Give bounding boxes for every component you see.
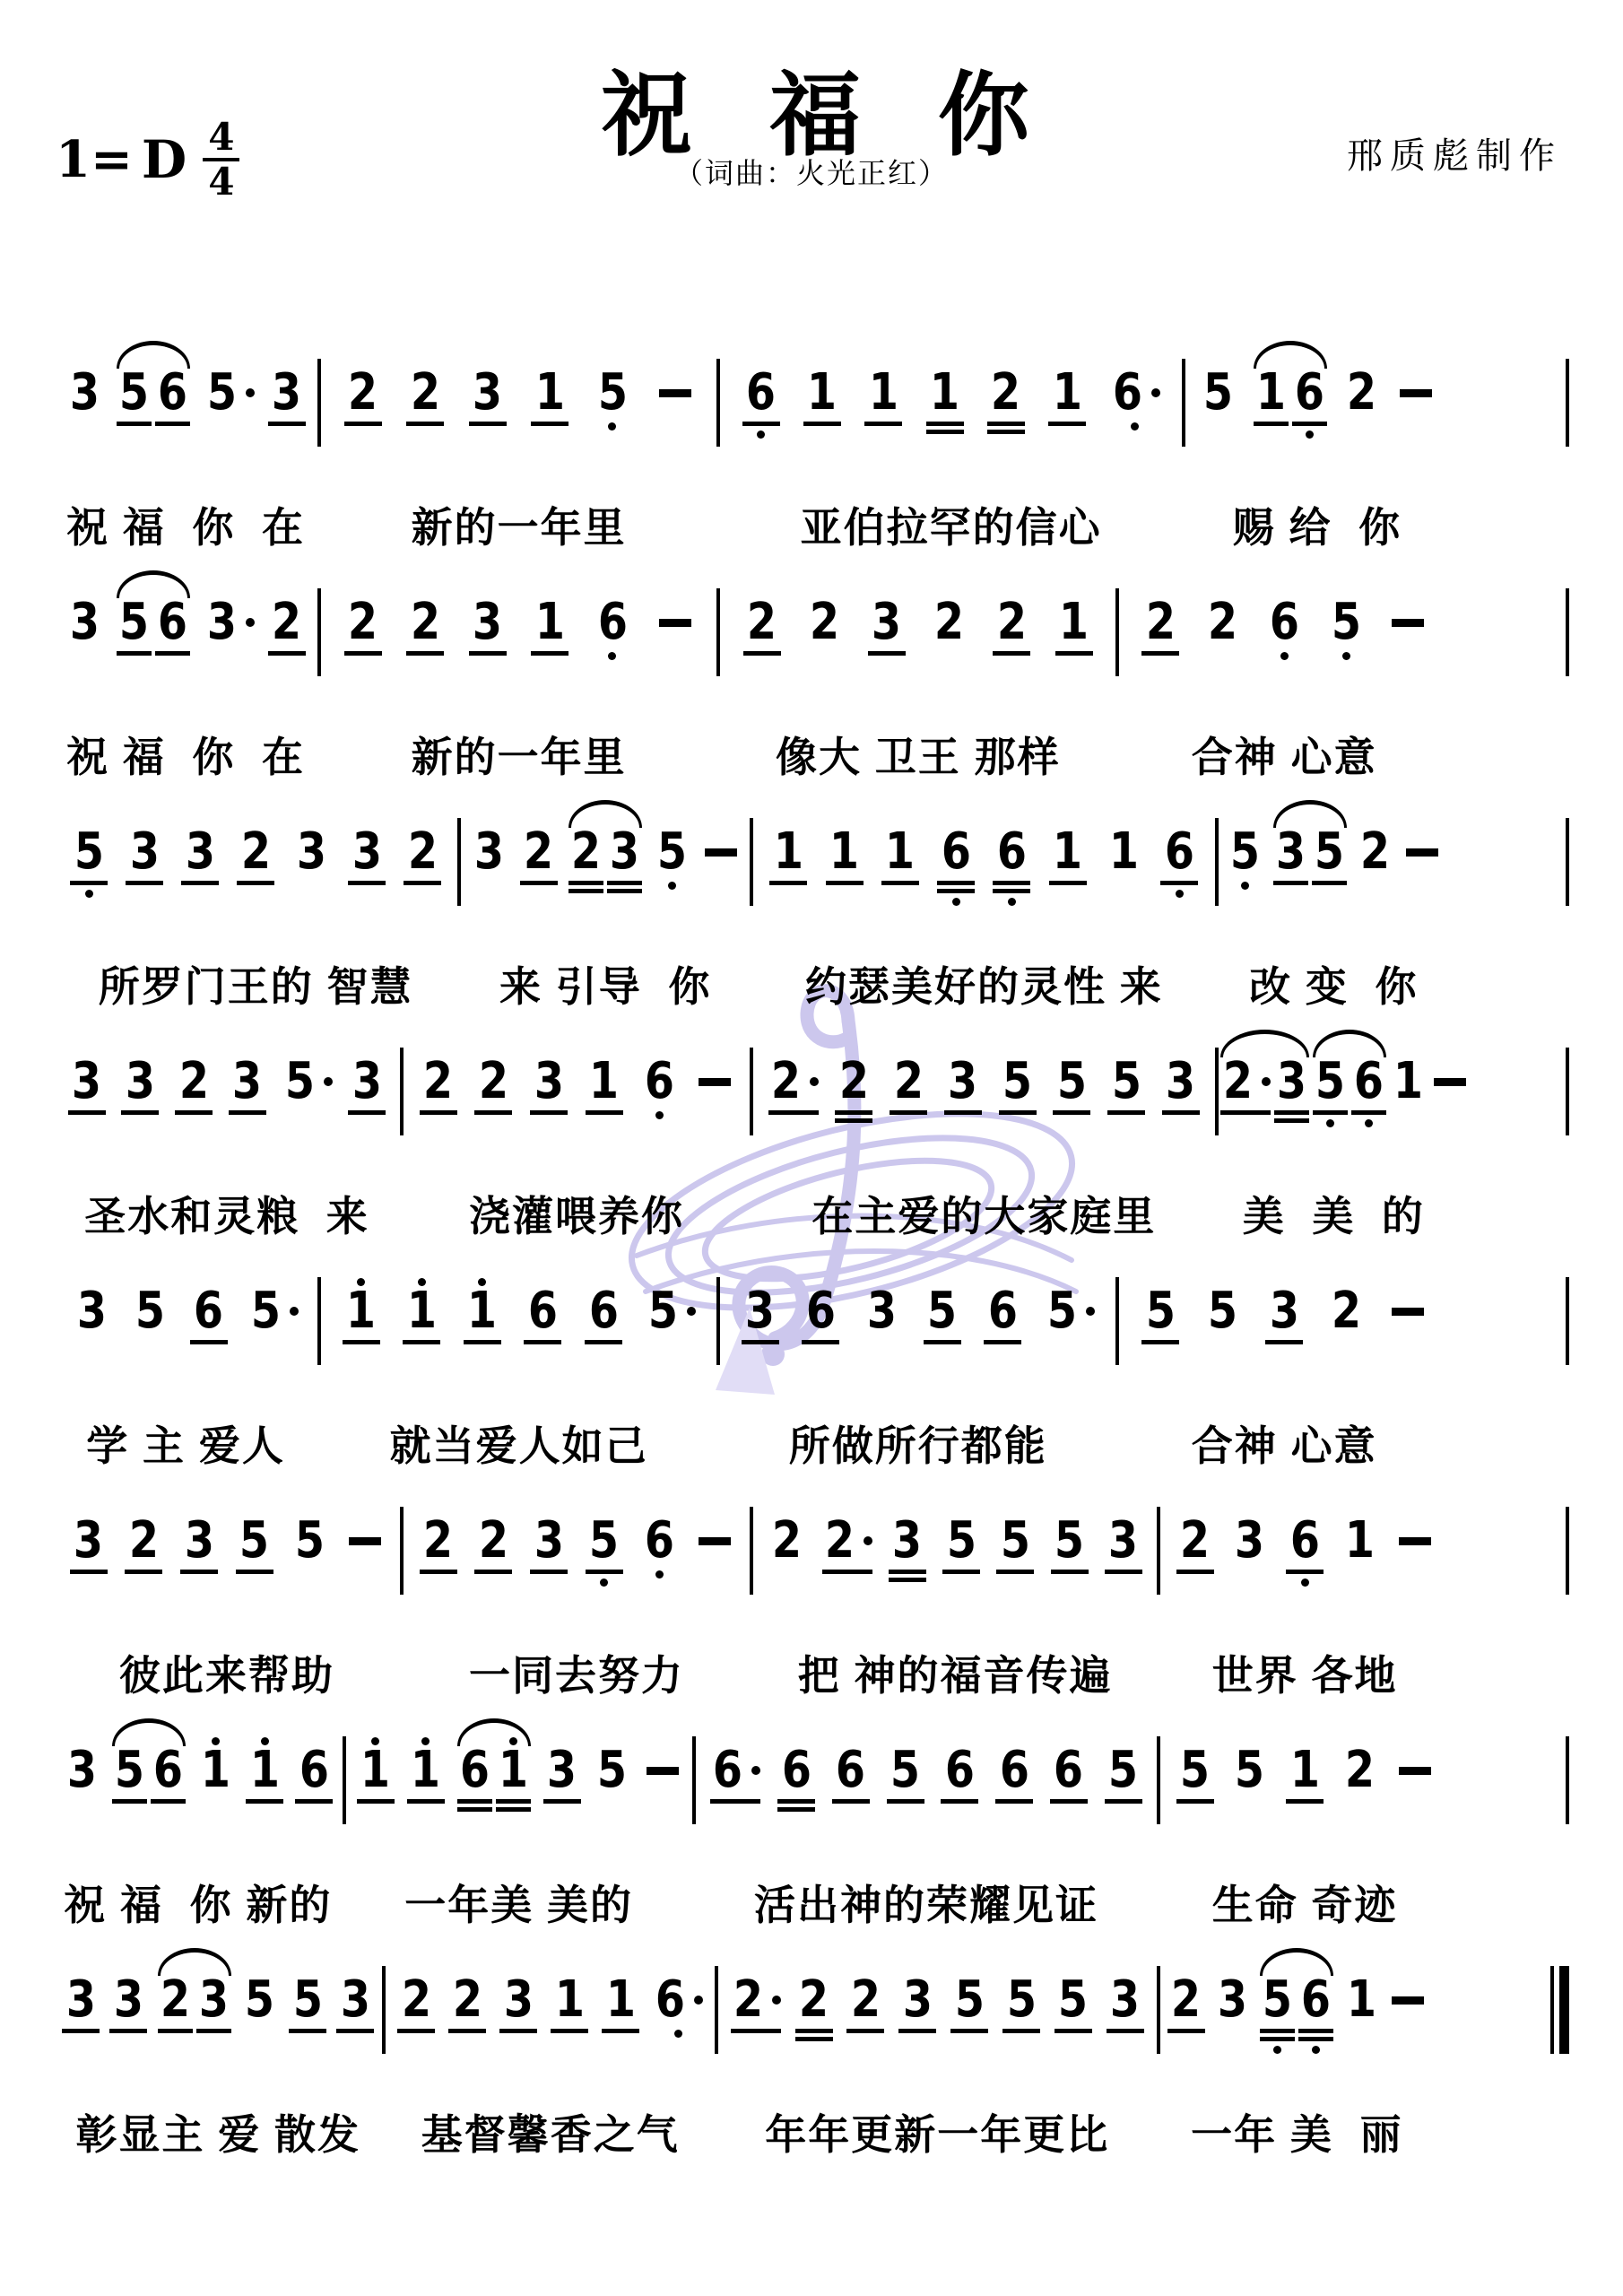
note-digit: 6 xyxy=(597,597,627,648)
note: 2 xyxy=(729,1962,783,2033)
octave-dot xyxy=(674,2030,682,2038)
note: 3 xyxy=(68,1503,109,1574)
digit-row: 3 xyxy=(607,827,642,877)
underline-beam xyxy=(180,1570,218,1574)
barline-spacer xyxy=(1566,1413,1569,1467)
note-digit: 5 xyxy=(1108,1745,1138,1796)
underline-beam xyxy=(944,1110,982,1115)
underline-beam xyxy=(496,1799,531,1804)
digit-row: 2 xyxy=(521,827,556,877)
note-digit: 3 xyxy=(66,1975,96,2025)
lyrics-row: 祝 福 你 在新的一年里亚伯拉罕的信心赐 给 你 xyxy=(54,495,1569,549)
underline-beam xyxy=(568,881,603,885)
note-digit: 6 xyxy=(645,1516,674,1566)
note: 2 xyxy=(1140,585,1181,656)
underline-beam xyxy=(889,1570,926,1574)
note-digit: 1 xyxy=(774,827,803,877)
note-digit: 3 xyxy=(473,368,502,418)
note: 3 xyxy=(64,355,105,418)
digit-row: 3 xyxy=(1232,1516,1267,1566)
slur-group: 16 xyxy=(1252,355,1329,439)
note-digit: 3 xyxy=(610,827,639,877)
note-digit: 3 xyxy=(745,1286,775,1336)
note: 3 xyxy=(528,1503,569,1574)
note: 5 xyxy=(592,1733,633,1796)
underline-beam xyxy=(457,1807,492,1812)
digit-row: 6 xyxy=(1292,368,1327,418)
note: 3 xyxy=(467,585,508,656)
lyric-measure: 把 神的福音传遍 xyxy=(753,1643,1157,1697)
digit-row: 6 xyxy=(191,1286,226,1336)
underline-beam xyxy=(984,1340,1021,1344)
underline-beam xyxy=(1051,1570,1089,1574)
measure: 22235553 xyxy=(753,1044,1215,1123)
note-digit: 6 xyxy=(1112,368,1141,418)
barline-spacer xyxy=(1566,725,1569,778)
digit-row: 3 xyxy=(350,1057,385,1107)
digit-row: 6 xyxy=(743,368,778,418)
note-digit: 1 xyxy=(535,597,565,648)
digit-row: 2 xyxy=(837,1057,872,1107)
underline-beam xyxy=(1260,2029,1295,2033)
octave-dot xyxy=(1273,2046,1281,2054)
barline-spacer xyxy=(1566,1643,1569,1697)
notes-row: 35651116653635655532 xyxy=(54,1238,1569,1413)
lyric-measure: 合神 心意 xyxy=(1119,725,1566,778)
octave-dot xyxy=(655,1570,664,1578)
digit-row: 5 xyxy=(204,368,255,418)
digit-row: 2 xyxy=(1358,827,1393,877)
lyric-measure: 所做所行都能 xyxy=(720,1413,1115,1467)
duration-dash xyxy=(349,1537,381,1545)
note: 6 xyxy=(651,1962,705,2038)
digit-row: 5 xyxy=(998,1516,1033,1566)
note: 3 xyxy=(1271,814,1310,885)
digit-row: 5 xyxy=(1260,1975,1295,2025)
note: 1 xyxy=(462,1274,503,1344)
digit-row: 3 xyxy=(338,1975,373,2025)
note: 3 xyxy=(1211,1962,1253,2025)
augmentation-dot xyxy=(246,618,255,627)
lyric-measure: 来 引导 你 xyxy=(461,954,750,1008)
note-digit: 5 xyxy=(927,1286,957,1336)
final-barline-thin xyxy=(1550,1966,1554,2054)
note-digit: 6 xyxy=(645,1057,674,1107)
digit-row: 2 xyxy=(1342,1745,1377,1796)
duration-dash xyxy=(1392,619,1424,627)
barline xyxy=(1566,588,1569,676)
octave-dot xyxy=(608,422,616,430)
underline-beam xyxy=(1176,1799,1214,1804)
octave-dot xyxy=(668,882,676,890)
digit-row: 5 xyxy=(1205,1286,1240,1336)
measure: 5512 xyxy=(1160,1733,1566,1804)
note: 2 xyxy=(820,1503,874,1574)
underline-beam xyxy=(404,881,441,885)
note-digit: 2 xyxy=(810,597,839,648)
note-digit: 2 xyxy=(479,1057,508,1107)
note-digit: 6 xyxy=(153,1745,183,1796)
note: 5 xyxy=(1106,1044,1147,1115)
note-digit: 6 xyxy=(836,1745,865,1796)
underline-beam xyxy=(742,422,780,426)
note: 3 xyxy=(119,1044,161,1115)
barline xyxy=(1566,1277,1569,1365)
note-digit: 1 xyxy=(1345,1516,1375,1566)
note: 3 xyxy=(542,1733,583,1804)
measure: 32355 xyxy=(54,1503,400,1574)
score-line: 323552235622355532361彼此来帮助一同去努力把 神的福音传遍世… xyxy=(54,1467,1569,1697)
producer-credit: 邢质彪制作 xyxy=(1347,127,1562,178)
note: 3 xyxy=(740,1274,781,1344)
underline-beam xyxy=(1048,422,1086,426)
note-digit: 3 xyxy=(1108,1516,1138,1566)
note-digit: 5 xyxy=(251,1286,281,1336)
digit-row: 5 xyxy=(1313,1057,1348,1107)
augmentation-dot xyxy=(246,388,255,397)
underline-beam xyxy=(1105,1570,1142,1574)
note-digit: 1 xyxy=(1256,368,1286,418)
note-digit: 3 xyxy=(352,1057,382,1107)
note: 3 xyxy=(1160,1044,1202,1115)
note-digit: 3 xyxy=(504,1975,534,2025)
note: 5 xyxy=(290,1503,331,1566)
note: 2 xyxy=(803,585,845,648)
note: 5 xyxy=(584,1503,625,1587)
digit-row: 3 xyxy=(1106,1516,1141,1566)
digit-row: 6 xyxy=(297,1745,332,1796)
digit-row: 5 xyxy=(586,1516,621,1566)
note-digit: 1 xyxy=(555,1975,585,2025)
note-digit: 5 xyxy=(1235,1745,1264,1796)
underline-beam xyxy=(1286,1570,1324,1574)
underline-beam xyxy=(995,1799,1033,1804)
underline-beam xyxy=(742,1340,779,1344)
octave-dots-below xyxy=(655,1111,664,1119)
measure: 35632 xyxy=(54,585,317,656)
digit-row: 1 xyxy=(198,1745,233,1796)
measure: 5332332 xyxy=(54,814,457,898)
note-digit: 3 xyxy=(534,1057,564,1107)
octave-dot xyxy=(85,890,93,898)
lyric-measure: 一年美 美的 xyxy=(346,1873,692,1926)
lyric-measure: 祝 福 你 在 xyxy=(54,495,317,549)
note-digit: 6 xyxy=(1301,1975,1331,2025)
rest-dash xyxy=(642,1733,683,1775)
digit-row: 3 xyxy=(945,1057,980,1107)
note: 2 xyxy=(833,1044,874,1123)
underline-beam xyxy=(237,881,274,885)
note-digit: 1 xyxy=(250,1745,280,1796)
note: 6 xyxy=(741,355,782,439)
note: 6 xyxy=(1284,1503,1325,1587)
digit-row: 6 xyxy=(642,1516,677,1566)
slur-group: 56 xyxy=(115,355,192,426)
underline-beam xyxy=(1160,881,1198,885)
lyrics-row: 所罗门王的 智慧来 引导 你约瑟美好的灵性 来改 变 你 xyxy=(54,954,1569,1008)
note: 5 xyxy=(115,355,153,426)
digit-row: 3 xyxy=(1107,1975,1142,2025)
augmentation-dot xyxy=(810,1077,819,1086)
note-digit: 5 xyxy=(1001,1516,1030,1566)
score-line: 533233232235111661165352所罗门王的 智慧来 引导 你约瑟… xyxy=(54,778,1569,1008)
note: 2 xyxy=(402,814,443,885)
note-digit: 2 xyxy=(997,597,1027,648)
digit-row: 5 xyxy=(1055,1975,1090,2025)
digit-row: 3 xyxy=(1163,1057,1198,1107)
underline-beam xyxy=(121,1110,159,1115)
underline-beam xyxy=(357,1799,395,1804)
note: 5 xyxy=(1311,1044,1350,1127)
slur-group: 56 xyxy=(1311,1044,1388,1127)
measure: 5352 xyxy=(1219,814,1566,890)
octave-dots-below xyxy=(85,890,93,898)
digit-row: 2 xyxy=(408,597,443,648)
digit-row: 5 xyxy=(1232,1745,1267,1796)
rest-dash xyxy=(694,1503,735,1545)
note: 3 xyxy=(227,1044,268,1115)
lyric-measure: 祝 福 你 新的 xyxy=(54,1873,343,1926)
note-digit: 3 xyxy=(232,1057,262,1107)
note-digit: 3 xyxy=(126,1057,155,1107)
barline-spacer xyxy=(1550,2102,1569,2156)
note-digit: 3 xyxy=(1276,827,1306,877)
digit-row: 6 xyxy=(1051,1745,1086,1796)
digit-row: 2 xyxy=(345,597,380,648)
note-digit: 5 xyxy=(597,368,627,418)
note: 2 xyxy=(156,1962,195,2033)
note: 2 xyxy=(404,355,446,426)
digit-row: 3 xyxy=(1267,1286,1302,1336)
duration-dash xyxy=(1392,1308,1424,1316)
final-barline xyxy=(1550,1966,1569,2054)
digit-row: 3 xyxy=(182,1516,217,1566)
note-digit: 6 xyxy=(194,1286,223,1336)
underline-beam xyxy=(1273,881,1308,885)
lyric-measure: 年年更新一年更比 xyxy=(718,2102,1157,2156)
underline-beam xyxy=(289,2029,326,2033)
measure: 6111216 xyxy=(720,355,1182,439)
note-digit: 2 xyxy=(411,597,440,648)
digit-row: 1 xyxy=(882,827,917,877)
octave-dot xyxy=(1241,882,1249,890)
digit-row: 3 xyxy=(869,597,904,648)
underline-beam xyxy=(1167,2029,1205,2033)
lyric-measure: 约瑟美好的灵性 来 xyxy=(753,954,1215,1008)
note-digit: 2 xyxy=(1345,1745,1375,1796)
duration-dash xyxy=(699,1078,731,1086)
augmentation-dot xyxy=(694,1996,703,2005)
measure: 2265 xyxy=(1119,585,1566,660)
digit-row: 5 xyxy=(1312,827,1347,877)
digit-row: 3 xyxy=(67,368,102,418)
lyric-measure: 就当爱人如己 xyxy=(321,1413,716,1467)
note: 1 xyxy=(1054,585,1095,656)
underline-beam xyxy=(987,430,1025,434)
digit-row: 5 xyxy=(133,1286,168,1336)
note-digit: 6 xyxy=(299,1745,328,1796)
note: 3 xyxy=(203,585,256,648)
score-lines: 356532231561112165162祝 福 你 在新的一年里亚伯拉罕的信心… xyxy=(54,319,1569,2156)
underline-beam xyxy=(1055,2029,1092,2033)
measure: 32235 xyxy=(461,814,750,893)
note: 3 xyxy=(866,585,907,656)
note: 2 xyxy=(1166,1962,1207,2033)
note-digit: 3 xyxy=(473,597,502,648)
underline-beam xyxy=(1292,422,1327,426)
note: 6 xyxy=(149,1733,187,1804)
digit-row: 1 xyxy=(586,1057,621,1107)
digit-row: 5 xyxy=(1055,1057,1089,1107)
note-digit: 6 xyxy=(528,1286,558,1336)
digit-row: 3 xyxy=(532,1057,567,1107)
note-digit: 1 xyxy=(1053,827,1082,877)
rest-dash xyxy=(1394,1503,1436,1545)
underline-beam xyxy=(397,2029,435,2033)
note: 3 xyxy=(178,1503,220,1574)
note: 5 xyxy=(1258,1962,1297,2054)
digit-row: 3 xyxy=(196,1975,231,2025)
digit-row: 6 xyxy=(1162,827,1197,877)
digit-row: 3 xyxy=(183,827,218,877)
digit-row: 2 xyxy=(1143,597,1178,648)
underline-beam xyxy=(802,1340,839,1344)
note: 2 xyxy=(742,585,783,656)
note: 2 xyxy=(1325,1274,1367,1336)
digit-row: 5 xyxy=(1329,597,1364,648)
note: 3 xyxy=(195,1962,233,2033)
measure: 66656665 xyxy=(696,1733,1158,1812)
note: 1 xyxy=(824,814,865,885)
note-digit: 2 xyxy=(571,827,601,877)
note: 2 xyxy=(473,1044,514,1115)
note: 2 xyxy=(1355,814,1396,877)
octave-dots-below xyxy=(1342,652,1350,660)
underline-beam xyxy=(795,2037,833,2041)
digit-row: 6 xyxy=(155,597,190,648)
underline-beam xyxy=(999,1110,1037,1115)
measure: 35653 xyxy=(54,355,317,426)
underline-beam xyxy=(993,889,1030,893)
underline-beam xyxy=(403,1340,440,1344)
measure: 3323553 xyxy=(54,1962,382,2033)
note: 3 xyxy=(124,814,165,885)
underline-beam xyxy=(602,2029,639,2033)
note: 1 xyxy=(1284,1733,1325,1804)
underline-beam xyxy=(881,881,919,885)
note-digit: 2 xyxy=(423,1516,453,1566)
note: 1 xyxy=(768,814,809,885)
barline xyxy=(1566,1507,1569,1595)
underline-beam xyxy=(1274,1118,1309,1123)
digit-row: 2 xyxy=(769,1516,804,1566)
note: 5 xyxy=(1049,1503,1090,1574)
augmentation-dot xyxy=(1086,1307,1095,1316)
note-digit: 5 xyxy=(1263,1975,1292,2025)
sheet-music-page: 祝 福 你 1= D 4 4 （词曲：火光正红） 邢质彪制作 356532231… xyxy=(0,0,1623,2296)
digit-row: 3 xyxy=(230,1057,265,1107)
note-digit: 2 xyxy=(894,1057,924,1107)
note: 6 xyxy=(982,1274,1023,1344)
note-digit: 2 xyxy=(771,1057,801,1107)
underline-beam xyxy=(835,1110,872,1115)
notes-row: 356116116135666566655512 xyxy=(54,1697,1569,1873)
note: 2 xyxy=(1202,585,1243,648)
note: 6 xyxy=(153,585,192,656)
octave-dot xyxy=(655,1111,664,1119)
underline-beam xyxy=(344,651,382,656)
octave-dots-below xyxy=(1312,2046,1320,2054)
measure: 22235553 xyxy=(718,1962,1157,2041)
note: 2 xyxy=(985,355,1027,434)
note-digit: 6 xyxy=(1354,1057,1384,1107)
digit-row: 2 xyxy=(126,1516,161,1566)
note: 5 xyxy=(247,1274,300,1336)
note-digit: 1 xyxy=(1347,1975,1376,2025)
note: 3 xyxy=(179,814,221,885)
note-digit: 3 xyxy=(297,827,326,877)
underline-beam xyxy=(926,422,964,426)
digit-row: 3 xyxy=(127,827,162,877)
underline-beam xyxy=(158,2029,193,2033)
underline-beam xyxy=(731,2029,781,2033)
note: 1 xyxy=(494,1733,533,1812)
note-digit: 6 xyxy=(997,827,1027,877)
barline xyxy=(1566,1736,1569,1824)
note: 1 xyxy=(1252,355,1290,426)
lyric-measure: 彼此来帮助 xyxy=(54,1643,400,1697)
underline-beam xyxy=(868,651,906,656)
slur-group: 61 xyxy=(456,1733,533,1812)
digit-row: 2 xyxy=(421,1516,456,1566)
digit-row: 2 xyxy=(476,1516,511,1566)
digit-row: 1 xyxy=(247,1745,282,1796)
note-digit: 5 xyxy=(285,1057,315,1107)
score-line: 35632223162232212265祝 福 你 在新的一年里像大 卫王 那样… xyxy=(54,549,1569,778)
octave-dot xyxy=(608,652,616,660)
digit-row: 6 xyxy=(586,1286,621,1336)
augmentation-dot xyxy=(687,1307,696,1316)
underline-beam xyxy=(1105,1799,1142,1804)
measure: 11166116 xyxy=(753,814,1215,906)
underline-beam xyxy=(348,1110,386,1115)
note: 5 xyxy=(129,1274,170,1336)
underline-beam xyxy=(268,651,306,656)
digit-row: 1 xyxy=(927,368,962,418)
underline-beam xyxy=(996,1570,1034,1574)
underline-beam xyxy=(1265,1340,1303,1344)
note: 3 xyxy=(897,1962,938,2033)
measure: 223116 xyxy=(386,1962,714,2038)
underline-beam xyxy=(457,1799,492,1804)
note: 2 xyxy=(767,1044,820,1115)
note-digit: 3 xyxy=(186,827,215,877)
note-digit: 2 xyxy=(524,827,553,877)
lyric-measure: 浇灌喂养你 xyxy=(404,1184,750,1238)
digit-row: 3 xyxy=(501,1975,536,2025)
underline-beam xyxy=(887,1799,924,1804)
underline-beam xyxy=(155,422,190,426)
lyric-measure: 像大 卫王 那样 xyxy=(720,725,1115,778)
digit-row: 3 xyxy=(472,827,507,877)
note: 2 xyxy=(1341,355,1383,418)
underline-beam xyxy=(586,1110,623,1115)
duration-dash xyxy=(1392,1996,1424,2005)
measure: 116135 xyxy=(346,1733,692,1812)
digit-row: 2 xyxy=(1344,368,1379,418)
octave-dot xyxy=(757,430,765,439)
measure: 332353 xyxy=(54,1044,400,1115)
